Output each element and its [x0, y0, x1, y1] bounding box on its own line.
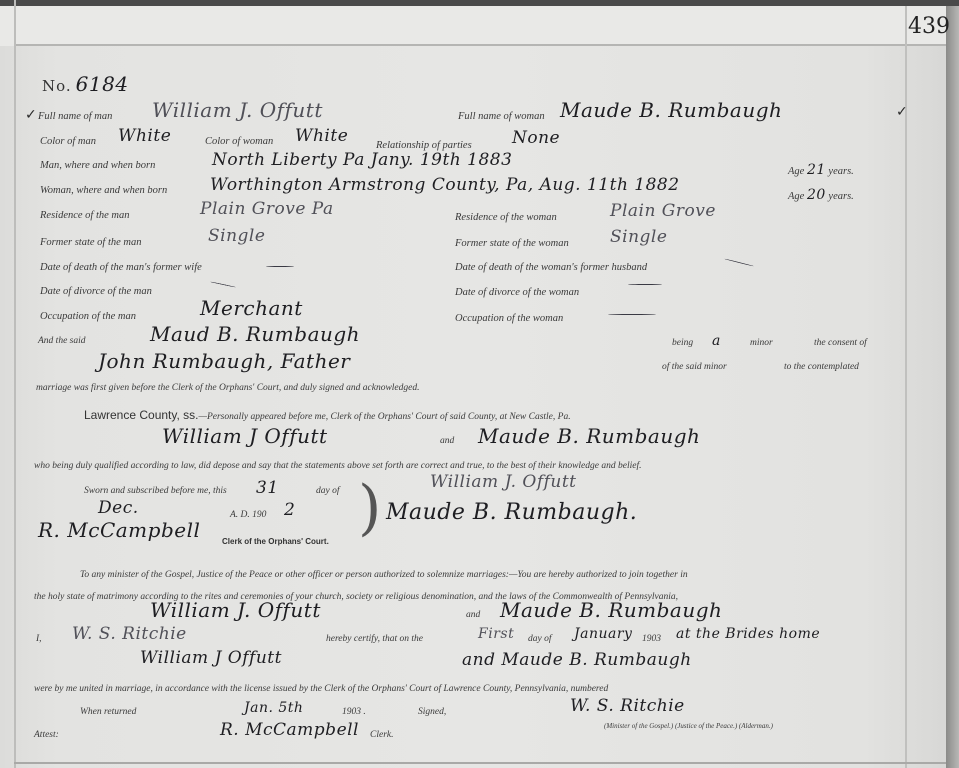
occupation-woman-label: Occupation of the woman: [455, 313, 563, 324]
marriage-place: at the Brides home: [676, 626, 820, 642]
full-name-man-label: Full name of man: [38, 111, 112, 122]
affidavit-groom: William J Offutt: [162, 424, 328, 448]
checkmark-icon: ✓: [896, 104, 908, 120]
page-edge-shadow: [946, 6, 959, 768]
former-state-woman-label: Former state of the woman: [455, 238, 569, 249]
certify-i: I,: [36, 634, 42, 644]
death-former-husband-dash: [724, 258, 753, 266]
affidavit-intro-text: —Personally appeared before me, Clerk of…: [199, 412, 571, 422]
former-state-man-value: Single: [208, 226, 265, 246]
county-label: Lawrence County, ss.: [84, 408, 199, 422]
ad-year: 2: [284, 500, 295, 520]
day-of-label: day of: [316, 486, 339, 496]
man-age-unit: years.: [828, 166, 853, 177]
being-label: being: [672, 338, 693, 348]
license-no-label: No.: [42, 77, 72, 95]
relationship-value: None: [512, 128, 560, 148]
former-state-woman-value: Single: [610, 227, 667, 247]
license-number: No. 6184: [42, 72, 129, 96]
sworn-label: Sworn and subscribed before me, this: [84, 486, 227, 496]
divorce-woman-dash: [628, 284, 662, 285]
minor-label: minor: [750, 338, 773, 348]
occupation-woman-dash: [608, 314, 656, 315]
full-name-man-value: William J. Offutt: [152, 98, 323, 122]
residence-woman-value: Plain Grove: [610, 201, 716, 221]
said-minor-label: of the said minor: [662, 362, 727, 372]
sworn-day: 31: [256, 478, 279, 498]
color-woman-value: White: [295, 126, 348, 146]
man-age-value: 21: [807, 162, 826, 178]
attest-clerk-label: Clerk.: [370, 730, 393, 740]
woman-born-label: Woman, where and when born: [40, 185, 167, 196]
consent-of-label: the consent of: [814, 338, 867, 348]
marriage-month: January: [574, 626, 632, 642]
clerk-signature: R. McCampbell: [38, 518, 200, 542]
color-man-label: Color of man: [40, 136, 96, 147]
death-former-wife-dash: [266, 266, 294, 267]
certify-day-of: day of: [528, 634, 551, 644]
divorce-man-label: Date of divorce of the man: [40, 286, 152, 297]
affidavit-statement: who being duly qualified according to la…: [34, 461, 641, 471]
certify-text: hereby certify, that on the: [326, 634, 423, 644]
clerk-title: Clerk of the Orphans' Court.: [222, 537, 329, 546]
authorization-bride: Maude B. Rumbaugh: [500, 598, 722, 622]
certificate-bride: and Maude B. Rumbaugh: [462, 650, 692, 670]
woman-age-value: 20: [807, 187, 826, 203]
sworn-month: Dec.: [98, 498, 139, 518]
attest-label: Attest:: [34, 730, 59, 740]
license-no-value: 6184: [76, 72, 129, 96]
woman-age: Age 20 years.: [788, 187, 854, 203]
groom-signature: William J. Offutt: [430, 472, 577, 492]
attest-clerk-signature: R. McCampbell: [220, 720, 359, 740]
man-age: Age 21 years.: [788, 162, 854, 178]
woman-age-label: Age: [788, 191, 804, 202]
page-number: 439: [908, 14, 950, 39]
man-age-label: Age: [788, 166, 804, 177]
minor-article: a: [712, 333, 721, 349]
residence-woman-label: Residence of the woman: [455, 212, 557, 223]
header-rule: [14, 44, 959, 46]
when-returned-label: When returned: [80, 707, 136, 717]
authorization-and: and: [466, 610, 480, 620]
divorce-man-dash: [210, 281, 236, 287]
occupation-man-value: Merchant: [200, 296, 303, 320]
affidavit-intro: Lawrence County, ss.—Personally appeared…: [84, 406, 571, 424]
certificate-groom: William J Offutt: [140, 648, 282, 668]
bottom-rule: [14, 762, 946, 764]
officiant-signature: W. S. Ritchie: [570, 696, 685, 716]
officiant-name: W. S. Ritchie: [72, 624, 187, 644]
returned-date: Jan. 5th: [244, 700, 303, 716]
man-born-value: North Liberty Pa Jany. 19th 1883: [212, 150, 512, 170]
marriage-year: 1903: [642, 634, 661, 644]
consenter-name: John Rumbaugh, Father: [98, 349, 350, 373]
divorce-woman-label: Date of divorce of the woman: [455, 287, 579, 298]
woman-age-unit: years.: [828, 191, 853, 202]
officiant-titles: (Minister of the Gospel.) (Justice of th…: [604, 722, 773, 730]
signed-label: Signed,: [418, 707, 446, 717]
death-former-husband-label: Date of death of the woman's former husb…: [455, 262, 647, 273]
color-man-value: White: [118, 126, 171, 146]
united-text: were by me united in marriage, in accord…: [34, 684, 608, 694]
marriage-day: First: [478, 626, 514, 642]
color-woman-label: Color of woman: [205, 136, 273, 147]
former-state-man-label: Former state of the man: [40, 237, 142, 248]
full-name-woman-label: Full name of woman: [458, 111, 545, 122]
residence-man-value: Plain Grove Pa: [200, 199, 334, 219]
death-former-wife-label: Date of death of the man's former wife: [40, 262, 202, 273]
bride-signature: Maude B. Rumbaugh.: [386, 500, 637, 525]
contemplated-label: to the contemplated: [784, 362, 859, 372]
returned-year: 1903 .: [342, 707, 366, 717]
checkmark-icon: ✓: [25, 107, 37, 123]
residence-man-label: Residence of the man: [40, 210, 130, 221]
man-born-label: Man, where and when born: [40, 160, 155, 171]
affidavit-bride: Maude B. Rumbaugh: [478, 424, 700, 448]
woman-born-value: Worthington Armstrong County, Pa, Aug. 1…: [210, 175, 680, 195]
minor-name: Maud B. Rumbaugh: [150, 322, 360, 346]
occupation-man-label: Occupation of the man: [40, 311, 136, 322]
left-margin-rule: [14, 0, 16, 768]
header-band: [0, 6, 959, 46]
right-margin-rule: [905, 6, 907, 768]
document-page: 439 No. 6184 ✓ Full name of man William …: [0, 0, 959, 768]
authorization-line1: To any minister of the Gospel, Justice o…: [80, 570, 688, 580]
authorization-groom: William J. Offutt: [150, 598, 321, 622]
full-name-woman-value: Maude B. Rumbaugh: [560, 98, 782, 122]
consent-closing: marriage was first given before the Cler…: [36, 383, 420, 393]
and-the-said-label: And the said: [38, 336, 86, 346]
affidavit-and: and: [440, 436, 454, 446]
ad-label: A. D. 190: [230, 510, 266, 520]
brace-divider: ): [358, 478, 381, 538]
